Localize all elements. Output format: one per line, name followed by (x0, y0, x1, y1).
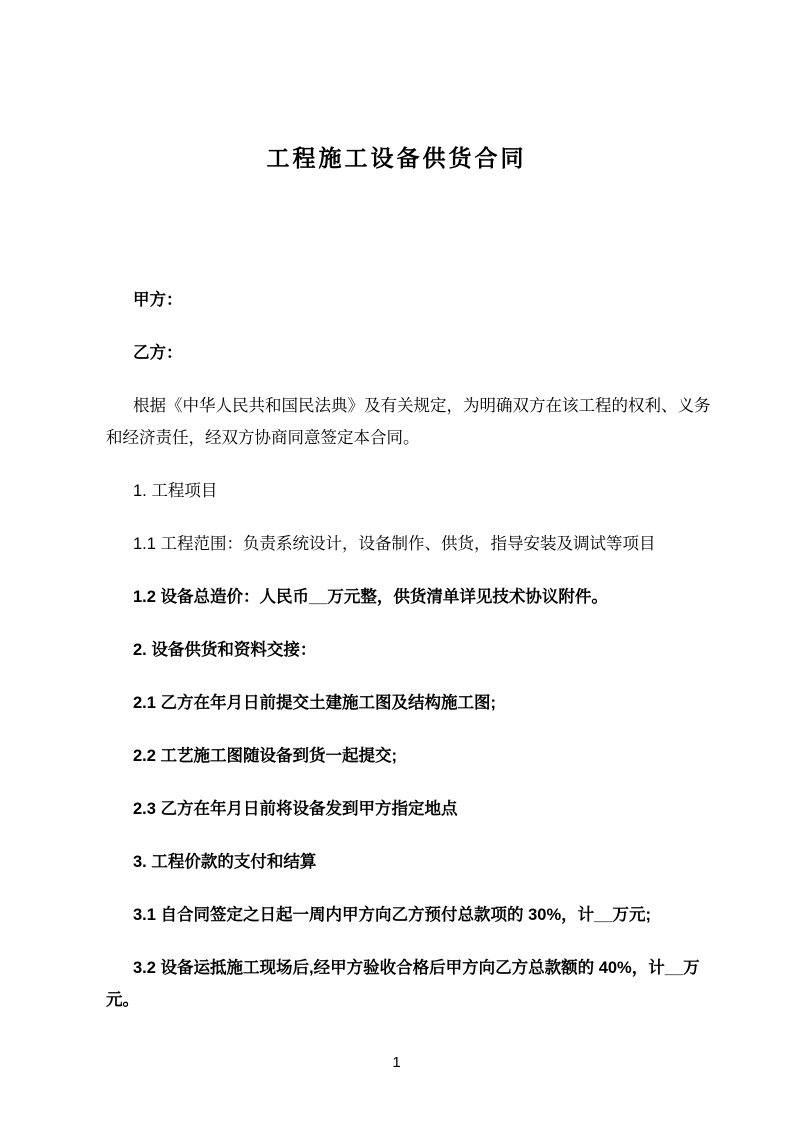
clause-3-2: 3.2 设备运抵施工现场后,经甲方验收合格后甲方向乙方总款额的 40%，计__万… (106, 952, 716, 1016)
contract-document-page: 工程施工设备供货合同 甲方： 乙方： 根据《中华人民共和国民法典》及有关规定，为… (0, 0, 793, 1122)
party-a-line: 甲方： (106, 284, 716, 316)
clause-2-2: 2.2 工艺施工图随设备到货一起提交; (106, 740, 716, 772)
clause-1-heading: 1. 工程项目 (106, 475, 716, 507)
page-number: 1 (0, 1054, 793, 1071)
clause-3-1: 3.1 自合同签定之日起一周内甲方向乙方预付总款项的 30%，计__万元; (106, 899, 716, 931)
document-title: 工程施工设备供货合同 (0, 0, 793, 174)
preamble-paragraph: 根据《中华人民共和国民法典》及有关规定，为明确双方在该工程的权利、义务和经济责任… (106, 390, 716, 454)
clause-1-1: 1.1 工程范围：负责系统设计，设备制作、供货，指导安装及调试等项目 (106, 528, 716, 560)
clause-1-2: 1.2 设备总造价：人民币__万元整，供货清单详见技术协议附件。 (106, 581, 716, 613)
clause-2-3: 2.3 乙方在年月日前将设备发到甲方指定地点 (106, 793, 716, 825)
party-b-line: 乙方： (106, 337, 716, 369)
clause-3-heading: 3. 工程价款的支付和结算 (106, 846, 716, 878)
clause-2-1: 2.1 乙方在年月日前提交土建施工图及结构施工图; (106, 687, 716, 719)
clause-2-heading: 2. 设备供货和资料交接： (106, 634, 716, 666)
